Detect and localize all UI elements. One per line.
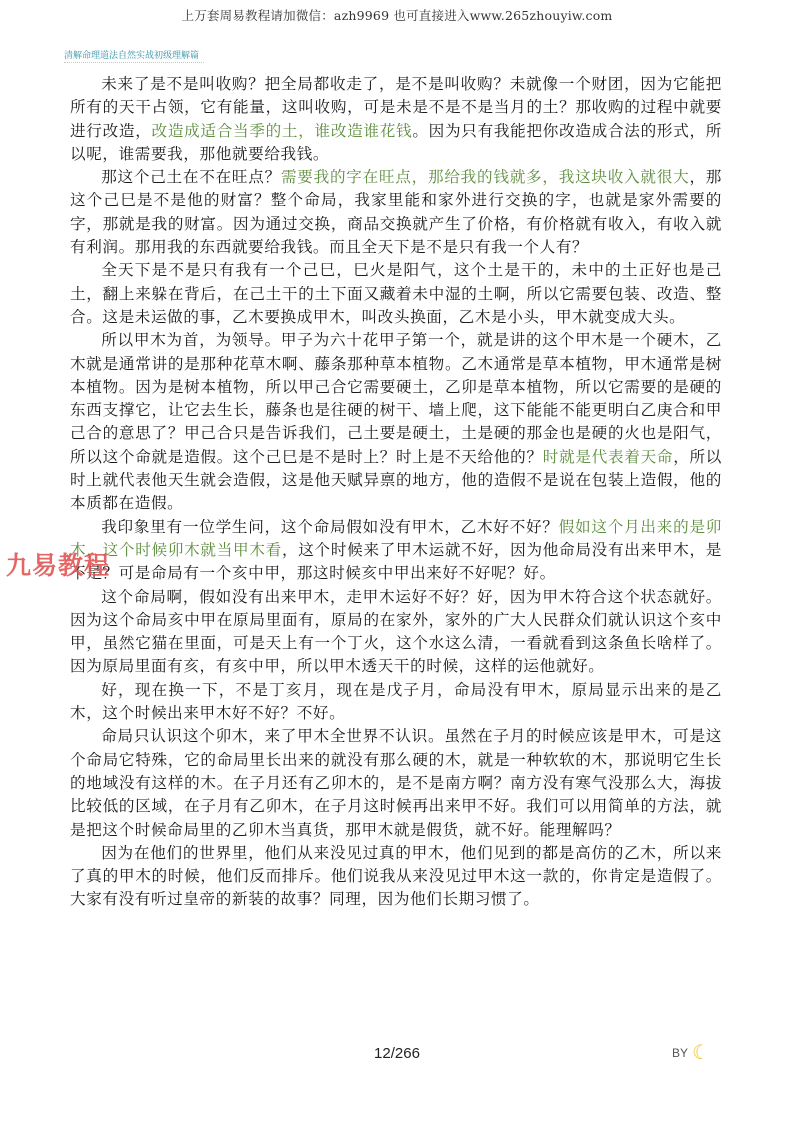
text-segment: 那这个己土在不在旺点？: [101, 168, 281, 186]
text-segment: 命局只认识这个卯木，来了甲木全世界不认识。虽然在子月的时候应该是甲木，可是这个命…: [70, 727, 722, 838]
header-divider: [64, 62, 204, 63]
paragraph: 全天下是不是只有我有一个己巳，巳火是阳气，这个土是干的，未中的土正好也是己土，翻…: [70, 259, 722, 329]
by-mark: BY ☾: [672, 1043, 710, 1063]
highlighted-text: 需要我的字在旺点，那给我的钱就多，我这块收入就很大: [281, 168, 690, 186]
paragraph: 未来了是不是叫收购？把全局都收走了，是不是叫收购？未就像一个财团，因为它能把所有…: [70, 73, 722, 166]
by-label: BY: [672, 1046, 688, 1060]
paragraph: 我印象里有一位学生问，这个命局假如没有甲木，乙木好不好？假如这个月出来的是卯木，…: [70, 516, 722, 586]
moon-icon: ☾: [692, 1043, 710, 1063]
text-segment: 好，现在换一下，不是丁亥月，现在是戊子月，命局没有甲木，原局显示出来的是乙木，这…: [70, 681, 722, 722]
text-segment: 这个命局啊，假如没有出来甲木，走甲木运好不好？好，因为甲木符合这个状态就好。因为…: [70, 588, 722, 676]
text-segment: 所以甲木为首，为领导。甲子为六十花甲子第一个，就是讲的这个甲木是一个硬木，乙木就…: [70, 331, 722, 465]
paragraph: 因为在他们的世界里，他们从来没见过真的甲木，他们见到的都是高仿的乙木，所以来了真…: [70, 842, 722, 912]
highlighted-text: 时就是代表着天命: [543, 448, 673, 466]
running-header: 清解命理道法自然实战初级理解篇: [64, 48, 199, 61]
paragraph: 这个命局啊，假如没有出来甲木，走甲木运好不好？好，因为甲木符合这个状态就好。因为…: [70, 586, 722, 679]
paragraph: 好，现在换一下，不是丁亥月，现在是戊子月，命局没有甲木，原局显示出来的是乙木，这…: [70, 679, 722, 726]
top-banner: 上万套周易教程请加微信：azh9969 也可直接进入www.265zhouyiw…: [0, 6, 794, 24]
watermark-logo: 九易教程: [6, 546, 110, 582]
text-segment: 因为在他们的世界里，他们从来没见过真的甲木，他们见到的都是高仿的乙木，所以来了真…: [70, 844, 722, 909]
text-segment: 全天下是不是只有我有一个己巳，巳火是阳气，这个土是干的，未中的土正好也是己土，翻…: [70, 261, 722, 326]
paragraph: 所以甲木为首，为领导。甲子为六十花甲子第一个，就是讲的这个甲木是一个硬木，乙木就…: [70, 329, 722, 515]
paragraph: 命局只认识这个卯木，来了甲木全世界不认识。虽然在子月的时候应该是甲木，可是这个命…: [70, 725, 722, 841]
paragraph: 那这个己土在不在旺点？需要我的字在旺点，那给我的钱就多，我这块收入就很大，那这个…: [70, 166, 722, 259]
document-body: 未来了是不是叫收购？把全局都收走了，是不是叫收购？未就像一个财团，因为它能把所有…: [70, 73, 722, 912]
highlighted-text: 改造成适合当季的土，谁改造谁花钱: [152, 122, 413, 140]
text-segment: 我印象里有一位学生问，这个命局假如没有甲木，乙木好不好？: [101, 518, 559, 536]
